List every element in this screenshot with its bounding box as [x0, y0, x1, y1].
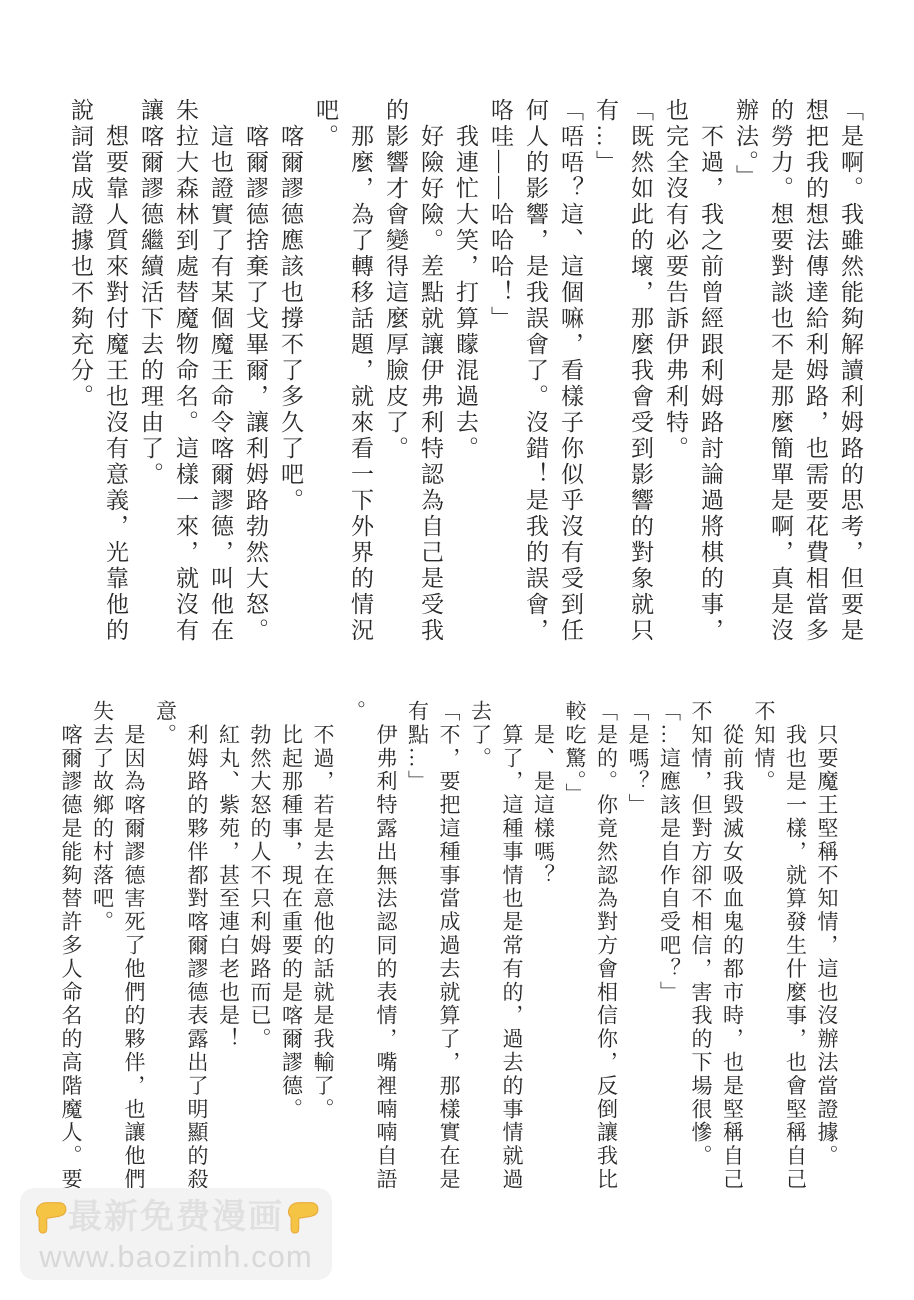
text-column: 讓喀爾謬德繼續活下去的理由了。: [133, 98, 168, 648]
down-finger-icon: [33, 1195, 67, 1240]
text-column: 想要靠人質來對付魔王也沒有意義，光靠他的: [98, 98, 133, 648]
text-column: 不知情，但對方卻不相信，害我的下場很慘。: [685, 700, 717, 1194]
watermark-title-row: 最新免费漫画: [33, 1196, 319, 1238]
novel-page: 「是啊。我雖然能夠解讀利姆路的思考，但要是想把我的想法傳達給利姆路，也需要花費相…: [0, 0, 914, 1300]
text-column: 「是的。你竟然認為對方會相信你，反倒讓我比: [590, 700, 622, 1194]
text-column: 紅丸、紫苑，甚至連白老也是！: [212, 700, 244, 1194]
text-column: 辦法。」: [728, 98, 763, 648]
text-column: 我也是一樣，就算發生什麼事，也會堅稱自己: [779, 700, 811, 1194]
text-column: 勃然大怒的人不只利姆路而已。: [244, 700, 276, 1194]
watermark-title: 最新免费漫画: [68, 1200, 284, 1234]
text-column: 「不，要把這種事當成過去就算了，那樣實在是: [433, 700, 465, 1194]
text-column: 咯哇——哈哈哈！」: [483, 98, 518, 648]
text-column: 不過，若是去在意他的話就是我輸了。: [307, 700, 339, 1194]
text-column: 算了，這種事情也是常有的，過去的事情就過: [496, 700, 528, 1194]
novel-text-block-top: 「是啊。我雖然能夠解讀利姆路的思考，但要是想把我的想法傳達給利姆路，也需要花費相…: [63, 98, 868, 648]
text-column: 喀爾謬德捨棄了戈畢爾，讓利姆路勃然大怒。: [238, 98, 273, 648]
text-column: 去了。: [464, 700, 496, 1194]
text-column: 朱拉大森林到處替魔物命名。這樣一來，就沒有: [168, 98, 203, 648]
text-column: 伊弗利特露出無法認同的表情，嘴裡喃喃自語: [370, 700, 402, 1194]
text-column: 較吃驚。」: [559, 700, 591, 1194]
watermark-banner: 最新免费漫画 www.baozimh.com: [20, 1188, 332, 1280]
text-column: 。: [338, 700, 370, 1194]
text-column: 是因為喀爾謬德害死了他們的夥伴，也讓他們: [118, 700, 150, 1194]
text-column: 不過，我之前曾經跟利姆路討論過將棋的事，: [693, 98, 728, 648]
text-column: 不知情。: [748, 700, 780, 1194]
text-column: 說詞當成證據也不夠充分。: [63, 98, 98, 648]
text-column: 失去了故鄉的村落吧。: [86, 700, 118, 1194]
text-column: 我連忙大笑，打算矇混過去。: [448, 98, 483, 648]
down-finger-icon: [285, 1195, 319, 1240]
text-column: 的勞力。想要對談也不是那麼簡單是啊，真是沒: [763, 98, 798, 648]
text-column: 有…」: [588, 98, 623, 648]
novel-text-block-bottom: 只要魔王堅稱不知情，這也沒辦法當證據。 我也是一樣，就算發生什麼事，也會堅稱自己…: [55, 700, 843, 1194]
text-column: 「唔唔？這、這個嘛，看樣子你似乎沒有受到任: [553, 98, 588, 648]
text-column: 有點…」: [401, 700, 433, 1194]
text-column: 那麼，為了轉移話題，就來看一下外界的情況: [343, 98, 378, 648]
watermark-url: www.baozimh.com: [39, 1241, 312, 1272]
text-column: 想把我的想法傳達給利姆路，也需要花費相當多: [798, 98, 833, 648]
text-column: 好險好險。差點就讓伊弗利特認為自己是受我: [413, 98, 448, 648]
text-column: 是、是這樣嗎？: [527, 700, 559, 1194]
text-column: 「是啊。我雖然能夠解讀利姆路的思考，但要是: [833, 98, 868, 648]
text-column: 喀爾謬德應該也撐不了多久了吧。: [273, 98, 308, 648]
text-column: 比起那種事，現在重要的是喀爾謬德。: [275, 700, 307, 1194]
text-column: 吧。: [308, 98, 343, 648]
text-column: 利姆路的夥伴都對喀爾謬德表露出了明顯的殺: [181, 700, 213, 1194]
text-column: 只要魔王堅稱不知情，這也沒辦法當證據。: [811, 700, 843, 1194]
text-column: 從前我毀滅女吸血鬼的都市時，也是堅稱自己: [716, 700, 748, 1194]
text-column: 的影響才會變得這麼厚臉皮了。: [378, 98, 413, 648]
text-column: 「既然如此的壞，那麼我會受到影響的對象就只: [623, 98, 658, 648]
text-column: 也完全沒有必要告訴伊弗利特。: [658, 98, 693, 648]
text-column: 喀爾謬德是能夠替許多人命名的高階魔人。要: [55, 700, 87, 1194]
text-column: 何人的影響，是我誤會了。沒錯！是我的誤會，: [518, 98, 553, 648]
text-column: 「是嗎？」: [622, 700, 654, 1194]
text-column: 意。: [149, 700, 181, 1194]
text-column: 這也證實了有某個魔王命令喀爾謬德，叫他在: [203, 98, 238, 648]
text-column: 「…這應該是自作自受吧？」: [653, 700, 685, 1194]
